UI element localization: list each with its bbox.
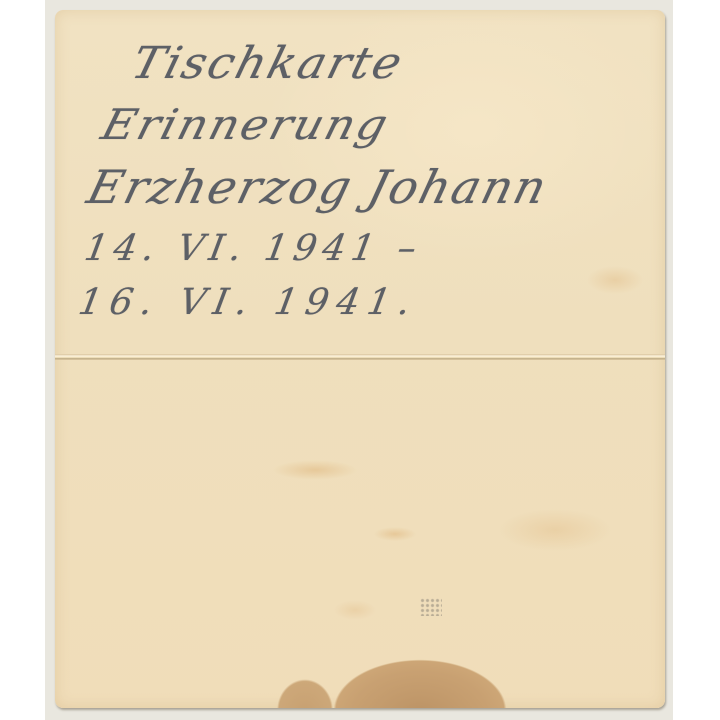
inscription-line-name: Erzherzog Johann bbox=[82, 160, 554, 214]
card-fold-line bbox=[55, 354, 665, 360]
handwritten-inscription: Tischkarte Erinnerung Erzherzog Johann 1… bbox=[55, 10, 665, 350]
inscription-line-date-start: 14. VI. 1941 – bbox=[81, 228, 425, 269]
inscription-line-subtitle: Erinnerung bbox=[96, 100, 395, 149]
inscription-line-title: Tischkarte bbox=[126, 38, 409, 89]
water-stain bbox=[290, 638, 530, 708]
dirt-speckle bbox=[420, 598, 442, 616]
table-card: Tischkarte Erinnerung Erzherzog Johann 1… bbox=[55, 10, 665, 708]
inscription-line-date-end: 16. VI. 1941. bbox=[75, 282, 421, 323]
